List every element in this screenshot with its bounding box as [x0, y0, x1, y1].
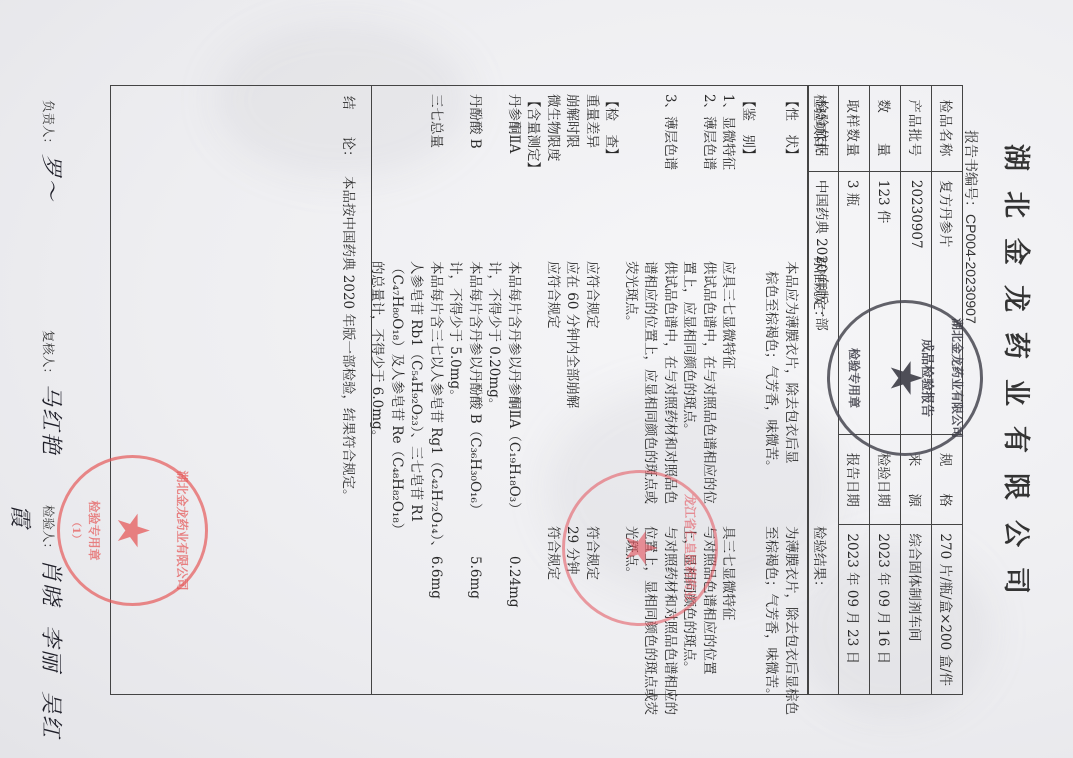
info-value: 20230907 [901, 171, 932, 435]
conclusion-label: 结 论： [339, 96, 357, 164]
item-name: 1、显微特征 [720, 94, 738, 170]
standard-text: 应符合规定 [583, 261, 601, 329]
result-text: 光斑点。 [622, 526, 640, 580]
report-number: 报告书编号：CP004-20230907 [961, 130, 981, 324]
info-value-2: 270 片/瓶/盒×200 盒/件 [932, 525, 963, 695]
section-heading: 【鉴 别】 [739, 94, 757, 162]
report-number-label: 报告书编号： [963, 130, 979, 214]
standard-text: 本品每片含丹参以丹酚酸 B（C₃₆H₃₀O₁₆） [466, 261, 484, 516]
info-label-2: 报告日期 [839, 435, 870, 525]
standard-text: 应具三七显微特征 [720, 261, 738, 369]
info-label-2: 来 源 [901, 435, 932, 525]
signature-reviewer: 复核人： 马红艳 [37, 330, 68, 456]
report-number-value: CP004-20230907 [963, 214, 979, 324]
section-heading: 【性 状】 [782, 94, 800, 162]
info-label: 检品名称 [932, 86, 963, 172]
info-label-2: 检验日期 [870, 435, 901, 525]
standard-text: 应在 60 分钟内全部崩解 [564, 261, 582, 408]
standard-text: 计，不得少于 0.20mg。 [486, 261, 504, 411]
info-value-2: 2023 年 09 月 16 日 [870, 525, 901, 695]
standard-text: 置上，应显相同颜色的斑点。 [681, 261, 699, 437]
result-text: 具三七显微特征 [720, 526, 738, 621]
standard-text: 本品每片含三七以人参皂苷 Rg1（C₄₂H₇₂O₁₄）、 [427, 261, 445, 554]
inspector-label: 检验人： [41, 505, 56, 555]
standard-text: 人参皂苷 Rb1（C₅₄H₉₂O₂₃）、三七皂苷 R1 [408, 261, 426, 523]
info-label: 产品批号 [901, 86, 932, 172]
reviewer-label: 复核人： [41, 330, 56, 380]
info-label: 取样数量 [839, 86, 870, 172]
signature-responsible: 负责人： 罗〜 [37, 100, 68, 202]
result-text: 为薄膜衣片，除去包衣后显棕色 [782, 526, 800, 715]
result-text: 位置上，显相同颜色的斑点或荧 [642, 526, 660, 715]
info-value: 3 瓶 [839, 171, 870, 435]
inspector-signature-2: 李丽 [38, 625, 63, 673]
result-text: 至棕褐色；气芳香，味微苦。 [763, 526, 781, 702]
column-header-standard: 标准规定： [811, 256, 831, 324]
scanned-report-view: 湖北金龙药业有限公司 报告书编号：CP004-20230907 检品名称复方丹参… [0, 0, 1073, 758]
standard-text: 本品每片含丹参以丹参酮ⅡA（C₁₉H₁₈O₃） [505, 261, 523, 516]
info-value-2: 综合固体制剂车间 [901, 525, 932, 695]
item-name: 丹参酮ⅡA [505, 94, 523, 153]
info-value: 123 件 [870, 171, 901, 435]
standard-text: 本品应为薄膜衣片，除去包衣后显 [782, 261, 800, 464]
info-label: 数 量 [870, 86, 901, 172]
standard-text: 计，不得少于 5.0mg。 [447, 261, 465, 403]
info-value: 复方丹参片 [932, 171, 963, 435]
report-frame: 检品名称复方丹参片规 格270 片/瓶/盒×200 盒/件产品批号2023090… [110, 85, 963, 695]
item-name: 2、薄层色谱 [700, 94, 718, 170]
column-header-item: 检验项目： [811, 94, 831, 162]
red-seal-bottom-text: 检验专用章 [86, 500, 103, 560]
conclusion-divider [371, 86, 372, 694]
column-header-result: 检验结果： [811, 526, 831, 594]
result-text: 0.24mg [505, 556, 523, 608]
result-text: 29 分钟 [564, 526, 582, 574]
section-heading: 【含量测定】 [525, 94, 543, 175]
item-name: 丹酚酸 B [466, 94, 484, 149]
standard-text: 荧光斑点。 [622, 261, 640, 329]
conclusion-text: 本品按中国药典 2020 年版一部检验，结果符合规定。 [339, 176, 357, 502]
result-text: 符合规定 [544, 526, 562, 580]
responsible-label: 负责人： [41, 100, 56, 150]
standard-text: 谱相应的位置上，应显相同颜色的斑点或 [642, 261, 660, 504]
column-header-row: 检验项目： 标准规定： 检验结果： [808, 86, 837, 694]
item-name: 重量差异 [583, 94, 601, 148]
standard-text: 供试品色谱中，在与对照药材和对照品色 [661, 261, 679, 504]
result-text: 上，显相同颜色的斑点。 [681, 526, 699, 675]
item-name: 崩解时限 [564, 94, 582, 148]
standard-text: 供试品色谱中，在与对照品色谱相应的位 [700, 261, 718, 504]
info-label-2: 规 格 [932, 435, 963, 525]
result-text: 5.6mg [466, 556, 484, 599]
section-heading: 【检 查】 [603, 94, 621, 162]
result-text: 与对照药材和对照品色谱相应的 [661, 526, 679, 715]
info-row: 产品批号20230907来 源综合固体制剂车间 [901, 86, 932, 695]
signature-inspector: 检验人： 肖晓 李丽 吴红霞 [6, 505, 68, 758]
red-seal-index: （1） [70, 517, 85, 544]
standard-text: （C₄₇H₈₀O₁₈）及人参皂苷 Re（C₄₈H₈₂O₁₈） [388, 261, 406, 536]
result-text: 与对照品色谱相应的位置 [700, 526, 718, 675]
inspection-report-page: 湖北金龙药业有限公司 报告书编号：CP004-20230907 检品名称复方丹参… [0, 0, 1073, 758]
inspector-signature-1: 肖晓 [38, 559, 63, 607]
info-row: 取样数量3 瓶报告日期2023 年 09 月 23 日 [839, 86, 870, 695]
info-value-2: 2023 年 09 月 23 日 [839, 525, 870, 695]
reviewer-signature: 马红艳 [38, 384, 63, 456]
info-row: 数 量123 件检验日期2023 年 09 月 16 日 [870, 86, 901, 695]
item-name: 3、薄层色谱 [661, 94, 679, 170]
result-text: 符合规定 [583, 526, 601, 580]
standard-text: 棕色至棕褐色；气芳香，味微苦。 [763, 271, 781, 474]
company-title: 湖北金龙药业有限公司 [999, 0, 1038, 758]
standard-text: 应符合规定 [544, 261, 562, 329]
info-row: 检品名称复方丹参片规 格270 片/瓶/盒×200 盒/件 [932, 86, 963, 695]
item-name: 三七总量 [427, 94, 445, 148]
result-text: 6.6mg [427, 556, 445, 599]
responsible-signature: 罗〜 [38, 154, 63, 202]
item-name: 微生物限度 [544, 94, 562, 162]
